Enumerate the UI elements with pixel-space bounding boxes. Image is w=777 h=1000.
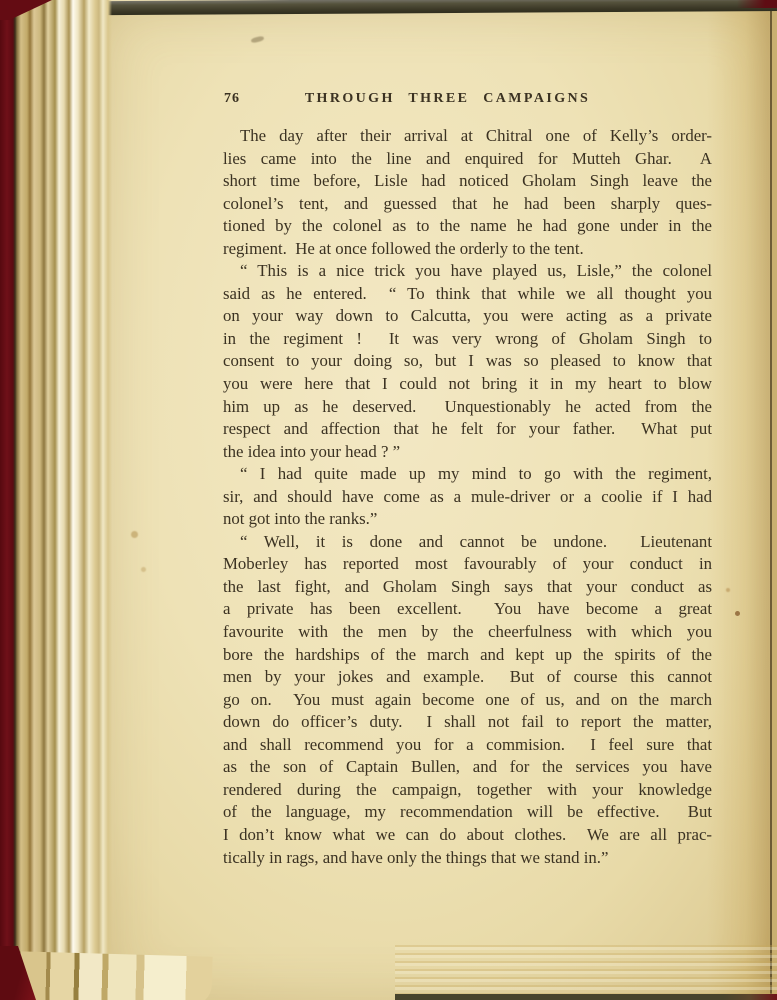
text-line: tically in rags, and have only the thing… — [223, 847, 712, 870]
text-line: him up as he deserved. Unquestionably he… — [223, 396, 712, 419]
text-line: on your way down to Calcutta, you were a… — [223, 305, 712, 328]
foxing-spot — [726, 588, 730, 592]
text-line: in the regiment ! It was very wrong of G… — [223, 328, 712, 351]
paragraph: “ This is a nice trick you have played u… — [223, 260, 712, 463]
page-curls-bottom-left — [15, 951, 212, 1000]
stacked-page-edges-bottom — [395, 942, 777, 1000]
text-line: the last fight, and Gholam Singh says th… — [223, 576, 712, 599]
cover-corner-top-right — [737, 0, 777, 8]
page-text: The day after their arrival at Chitral o… — [223, 125, 712, 869]
text-line: Moberley has reported most favourably of… — [223, 553, 712, 576]
text-line: and shall recommend you for a commision.… — [223, 734, 712, 757]
text-line: of the language, my recommendation will … — [223, 801, 712, 824]
text-line: men by your jokes and example. But of co… — [223, 666, 712, 689]
stacked-page-edges-left — [0, 0, 112, 1000]
text-line: regiment. He at once followed the orderl… — [223, 238, 712, 261]
text-line: go on. You must again become one of us, … — [223, 689, 712, 712]
text-line: respect and affection that he felt for y… — [223, 418, 712, 441]
page-content: 76 THROUGH THREE CAMPAIGNS The day after… — [223, 90, 712, 869]
foxing-spot — [131, 531, 138, 538]
text-line: you were here that I could not bring it … — [223, 373, 712, 396]
page-right-shading — [707, 0, 777, 1000]
text-line: colonel’s tent, and guessed that he had … — [223, 193, 712, 216]
text-line: as the son of Captain Bullen, and for th… — [223, 756, 712, 779]
text-line: the idea into your head ? ” — [223, 441, 712, 464]
text-line: said as he entered. “ To think that whil… — [223, 283, 712, 306]
text-line: rendered during the campaign, together w… — [223, 779, 712, 802]
page-right-outer-strip — [772, 0, 777, 1000]
paragraph: “ Well, it is done and cannot be undone.… — [223, 531, 712, 869]
text-line: lies came into the line and enquired for… — [223, 148, 712, 171]
text-line: “ I had quite made up my mind to go with… — [223, 463, 712, 486]
paragraph: “ I had quite made up my mind to go with… — [223, 463, 712, 531]
text-line: “ Well, it is done and cannot be undone.… — [223, 531, 712, 554]
text-line: I don’t know what we can do about clothe… — [223, 824, 712, 847]
text-line: consent to your doing so, but I was so p… — [223, 350, 712, 373]
paragraph: The day after their arrival at Chitral o… — [223, 125, 712, 260]
foxing-spot — [735, 611, 740, 616]
text-line: favourite with the men by the cheerfulne… — [223, 621, 712, 644]
running-title: THROUGH THREE CAMPAIGNS — [203, 91, 692, 107]
text-line: down do officer’s duty. I shall not fail… — [223, 711, 712, 734]
text-line: tioned by the colonel as to the name he … — [223, 215, 712, 238]
book-cover-bottom-edge — [395, 994, 777, 1000]
foxing-spot — [141, 567, 146, 572]
text-line: not got into the ranks.” — [223, 508, 712, 531]
book-scan: 76 THROUGH THREE CAMPAIGNS The day after… — [0, 0, 777, 1000]
text-line: a private has been excellent. You have b… — [223, 598, 712, 621]
text-line: bore the hardships of the march and kept… — [223, 644, 712, 667]
text-line: sir, and should have come as a mule-driv… — [223, 486, 712, 509]
text-line: short time before, Lisle had noticed Gho… — [223, 170, 712, 193]
page-header: 76 THROUGH THREE CAMPAIGNS — [223, 90, 712, 108]
text-line: The day after their arrival at Chitral o… — [223, 125, 712, 148]
text-line: “ This is a nice trick you have played u… — [223, 260, 712, 283]
